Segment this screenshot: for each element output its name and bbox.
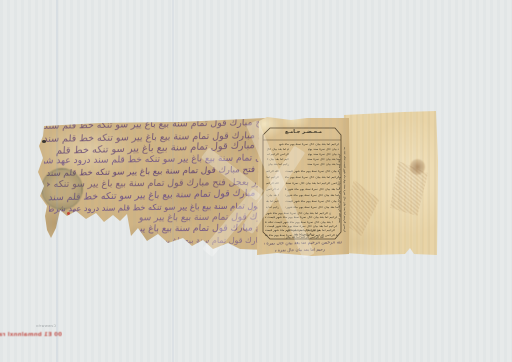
print-row: الله الرحمن الرحيم اما بعد بيان حال نمرة… bbox=[266, 170, 279, 173]
print-row: حيم اما بعد بيان حال نمرة سنة يوم ماه شه… bbox=[266, 200, 279, 203]
print-row: ا بعد بيان حال نمرة سنة يوم ماه شهر قيمت… bbox=[265, 221, 333, 224]
print-row: الله الرحمن الرحيم اما بعد بيان حال نمرة… bbox=[266, 182, 279, 185]
printed-form-page: مـحـضـر جـامـع لرحيم اما بعد بيان حال نم… bbox=[257, 117, 350, 256]
print-row: اما بعد بيان حال نمرة سنة يوم ماه شهر قي… bbox=[285, 206, 339, 209]
print-row: د بيان حال نمرة سنة يوم ماه شهر قيمت تنك… bbox=[307, 148, 339, 151]
scan-stage: ح مبارك قول تمام سنة بيع باغ يير سو تنكه… bbox=[0, 0, 512, 362]
print-row: رحيم اما بعد بيان حال نمرة سنة يوم ماه ش… bbox=[266, 206, 279, 209]
stamp-gray-line: Cvwwwrtv bbox=[16, 324, 56, 328]
red-ink-dot bbox=[67, 212, 70, 215]
print-row: لله الرحمن الرحيم اما بعد بيان حال نمرة … bbox=[284, 236, 324, 239]
print-row: م اما بعد بيان حال نمرة سنة يوم ماه شهر … bbox=[267, 148, 289, 151]
print-row: ما بعد بيان حال نمرة سنة يوم ماه شهر قيم… bbox=[307, 163, 339, 166]
print-row: ا بعد بيان حال نمرة سنة يوم ماه شهر قيمت… bbox=[266, 194, 279, 197]
margin-script-column: بسم الله الرحمن الرحيم اما بعد بيان حال … bbox=[338, 153, 341, 223]
print-row: د بيان حال نمرة سنة يوم ماه شهر قيمت تنك… bbox=[285, 200, 339, 203]
manuscript-right-leaf bbox=[344, 111, 438, 257]
print-row: لرحيم اما بعد بيان حال نمرة سنة يوم ماه … bbox=[265, 216, 337, 219]
library-stamp-mirrored: Cvwwwrtv 00 E1 bnmalnnxl ratqlsb bbox=[0, 321, 62, 347]
print-row: رحمن الرحيم اما بعد بيان حال نمرة سنة يو… bbox=[285, 182, 339, 185]
ink-seal-icon bbox=[41, 168, 83, 210]
print-row: رحيم اما بعد بيان حال نمرة سنة يوم ماه ش… bbox=[267, 163, 289, 166]
print-row: د بيان حال نمرة سنة يوم ماه شهر قيمت تنك… bbox=[307, 153, 339, 156]
margin-script-column: لرحمن الرحيم اما بعد بيان حال نمرة سنة ي… bbox=[343, 147, 346, 232]
print-row: له الرحمن الرحيم اما بعد بيان حال نمرة س… bbox=[266, 188, 279, 191]
manuscript-artifact: ح مبارك قول تمام سنة بيع باغ يير سو تنكه… bbox=[0, 0, 512, 362]
printed-text-layer: لرحيم اما بعد بيان حال نمرة سنة يوم ماه … bbox=[257, 117, 350, 256]
handwritten-note-row: رحيم اما بعد بيان حال نمرة سنة يوم ماه ش… bbox=[275, 248, 325, 253]
print-row: الرحيم اما بعد بيان حال نمرة سنة يوم ماه… bbox=[266, 176, 279, 179]
print-row: ن الرحيم اما بعد بيان حال نمرة سنة يوم م… bbox=[265, 212, 331, 215]
ink-speck bbox=[42, 140, 46, 143]
manuscript-left-fragment: ح مبارك قول تمام سنة بيع باغ يير سو تنكه… bbox=[38, 116, 266, 254]
print-row: ما بعد بيان حال نمرة سنة يوم ماه شهر قيم… bbox=[307, 158, 339, 161]
print-row: الرحمن الرحيم اما بعد بيان حال نمرة سنة … bbox=[267, 153, 289, 156]
print-row: د بيان حال نمرة سنة يوم ماه شهر قيمت تنك… bbox=[285, 170, 339, 173]
print-row: الرحيم اما بعد بيان حال نمرة سنة يوم ماه… bbox=[265, 225, 337, 228]
print-row: لرحيم اما بعد بيان حال نمرة سنة يوم ماه … bbox=[279, 143, 339, 146]
ink-smudge bbox=[410, 159, 425, 175]
print-row: اما بعد بيان حال نمرة سنة يوم ماه شهر قي… bbox=[285, 194, 339, 197]
print-row: ما بعد بيان حال نمرة سنة يوم ماه شهر قيم… bbox=[285, 188, 339, 191]
print-row: من الرحيم اما بعد بيان حال نمرة سنة يوم … bbox=[287, 229, 321, 232]
script-row: مبارك قول تمام سنة بيع باغ يير سو تنكه خ… bbox=[128, 235, 265, 247]
handwritten-note-row: لله الرحمن الرحيم اما بعد بيان حال نمرة … bbox=[264, 241, 342, 247]
print-row: لرحيم اما بعد بيان حال نمرة سنة يوم ماه … bbox=[285, 176, 339, 179]
stamp-red-line: 00 E1 bnmalnnxl ratqlsb bbox=[0, 332, 62, 338]
print-row: حيم اما بعد بيان حال نمرة سنة يوم ماه شه… bbox=[267, 158, 289, 161]
print-row: ن الرحيم اما بعد بيان حال نمرة سنة يوم م… bbox=[293, 233, 315, 236]
